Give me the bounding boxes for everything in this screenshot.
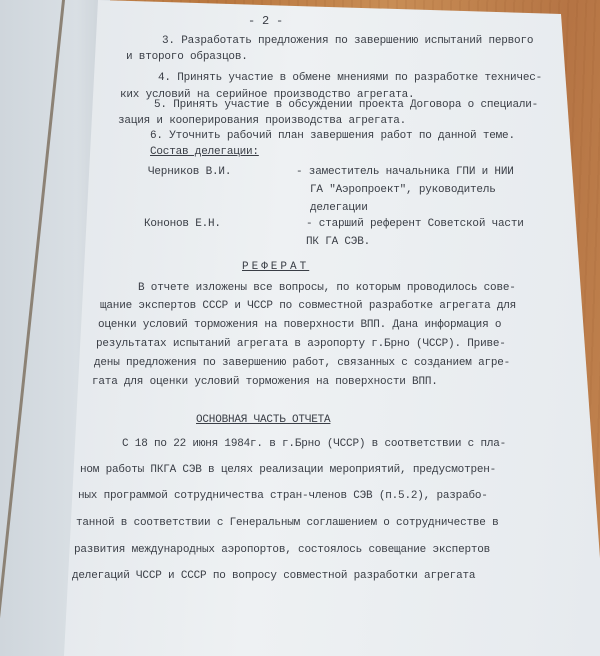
member-1-role-2: ГА "Аэропроект", руководитель (310, 182, 496, 198)
task-3-line-2: и второго образцов. (126, 49, 248, 65)
main-part-heading: ОСНОВНАЯ ЧАСТЬ ОТЧЕТА (196, 412, 330, 428)
abstract-line: гата для оценки условий торможения на по… (92, 374, 438, 390)
task-5-line-1: 5. Принять участие в обсуждении проекта … (154, 97, 538, 113)
main-part-line: развития международных аэропортов, состо… (74, 542, 490, 558)
abstract-line: оценки условий торможения на поверхности… (98, 317, 501, 333)
member-1-role-1: - заместитель начальника ГПИ и НИИ (296, 164, 514, 180)
member-2-role-1: - старший референт Советской части (306, 216, 524, 232)
main-part-line: танной в соответствии с Генеральным согл… (76, 515, 498, 531)
abstract-line: щание экспертов СССР и ЧССР по совместно… (100, 298, 516, 314)
abstract-heading: РЕФЕРАТ (242, 259, 309, 275)
main-part-line: делегаций ЧССР и СССР по вопросу совмест… (72, 568, 475, 584)
main-part-line: ном работы ПКГА СЭВ в целях реализации м… (80, 462, 496, 478)
abstract-line: В отчете изложены все вопросы, по которы… (138, 280, 516, 296)
task-3-line-1: 3. Разработать предложения по завершению… (162, 33, 533, 49)
abstract-line: результатах испытаний агрегата в аэропор… (96, 336, 506, 352)
member-1-name: Черников В.И. (148, 164, 231, 180)
task-5-line-2: зация и кооперирования производства агре… (118, 113, 406, 129)
task-4-line-1: 4. Принять участие в обмене мнениями по … (158, 70, 542, 86)
task-6-line-1: 6. Уточнить рабочий план завершения рабо… (150, 128, 515, 144)
main-part-line: ных программой сотрудничества стран-член… (78, 488, 488, 504)
main-part-line: С 18 по 22 июня 1984г. в г.Брно (ЧССР) в… (122, 436, 506, 452)
member-2-role-2: ПК ГА СЭВ. (306, 234, 370, 250)
delegation-heading: Состав делегации: (150, 144, 259, 160)
abstract-line: дены предложения по завершению работ, св… (94, 355, 510, 371)
member-1-role-3: делегации (310, 200, 368, 216)
member-2-name: Кононов Е.Н. (144, 216, 221, 232)
page-number: - 2 - (248, 13, 283, 29)
document-text: - 2 - 3. Разработать предложения по заве… (0, 0, 600, 656)
